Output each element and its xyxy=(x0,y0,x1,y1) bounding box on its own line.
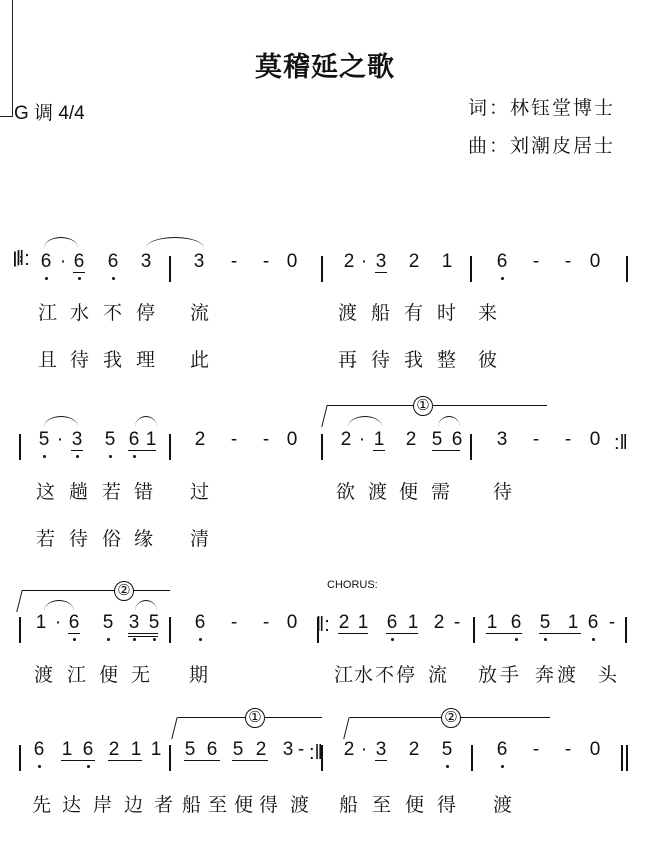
underline xyxy=(184,760,220,761)
slur xyxy=(348,416,382,427)
volta-number: ② xyxy=(114,581,134,601)
lyric-char: 停 xyxy=(136,298,155,325)
underline xyxy=(232,760,268,761)
note: 5 xyxy=(537,611,553,635)
note: 6 xyxy=(38,250,54,274)
lyric-char: 待 xyxy=(69,524,88,551)
note: 1 xyxy=(371,428,387,452)
lyric-char: 不 xyxy=(103,298,122,325)
note: 3 xyxy=(126,611,142,635)
lyric-char: 理 xyxy=(136,345,155,372)
lyric-char: 渡 xyxy=(557,660,576,687)
note: 6 xyxy=(66,611,82,635)
note: 1 xyxy=(565,611,581,635)
repeat-end-sign: :‖ xyxy=(614,432,628,455)
note: 0 xyxy=(284,250,300,274)
barline xyxy=(626,256,628,282)
final-barline xyxy=(621,745,623,771)
dot: · xyxy=(52,428,68,452)
volta-number: ① xyxy=(413,396,433,416)
barline xyxy=(19,745,21,771)
double-underline xyxy=(128,636,158,637)
slur xyxy=(135,600,157,611)
dash: - xyxy=(293,738,309,762)
note: 6 xyxy=(192,611,208,635)
barline xyxy=(473,617,475,643)
lyric-char: 者 xyxy=(154,790,173,817)
note: 2 xyxy=(336,611,352,635)
lyric-char: 俗 xyxy=(102,524,121,551)
slur xyxy=(44,600,74,611)
note: 1 xyxy=(59,738,75,762)
low-octave-dot xyxy=(45,277,48,280)
note: 1 xyxy=(355,611,371,635)
dash: - xyxy=(258,250,274,274)
lyric-char: 需 xyxy=(431,477,450,504)
dot: · xyxy=(354,428,370,452)
lyric-char: 江 xyxy=(38,298,57,325)
barline xyxy=(470,434,472,460)
chorus-label: CHORUS: xyxy=(327,579,378,591)
lyric-char: 渡 xyxy=(338,298,357,325)
note: 0 xyxy=(587,738,603,762)
repeat-start-sign: ‖: xyxy=(316,614,330,637)
note: 6 xyxy=(71,250,87,274)
lyric-char: 再 xyxy=(338,345,357,372)
note: 5 xyxy=(100,611,116,635)
underline xyxy=(375,272,387,273)
lyric-char: 流 xyxy=(190,298,209,325)
low-octave-dot xyxy=(515,638,518,641)
note: 5 xyxy=(230,738,246,762)
dash: - xyxy=(528,738,544,762)
lyric-char: 彼 xyxy=(478,345,497,372)
barline xyxy=(321,745,323,771)
note: 3 xyxy=(373,738,389,762)
dot: · xyxy=(356,738,372,762)
barline xyxy=(169,434,171,460)
lyric-char: 奔 xyxy=(535,660,554,687)
volta-hook xyxy=(16,590,23,612)
underline xyxy=(338,633,368,634)
lyric-char: 且 xyxy=(38,345,57,372)
lyric-char: 欲 xyxy=(336,477,355,504)
lyric-char: 时 xyxy=(437,298,456,325)
note: 1 xyxy=(143,428,159,452)
underline xyxy=(486,633,522,634)
note: 1 xyxy=(405,611,421,635)
slur xyxy=(438,416,460,427)
low-octave-dot xyxy=(501,765,504,768)
lyric-char: 我 xyxy=(404,345,423,372)
repeat-start-sign: ‖: xyxy=(16,248,30,271)
dash: - xyxy=(560,428,576,452)
key-signature: G 调 4/4 xyxy=(14,98,85,125)
lyric-char: 错 xyxy=(134,477,153,504)
dash: - xyxy=(528,428,544,452)
note: 2 xyxy=(338,428,354,452)
barline xyxy=(321,256,323,282)
note: 2 xyxy=(406,738,422,762)
note: 1 xyxy=(128,738,144,762)
lyric-char: 若 xyxy=(102,477,121,504)
volta-hook xyxy=(343,717,350,739)
lyric-char: 水 xyxy=(70,298,89,325)
lyric-char: 待 xyxy=(493,477,512,504)
note: 2 xyxy=(406,250,422,274)
lyric-char: 渡 xyxy=(493,790,512,817)
underline xyxy=(108,760,142,761)
note: 1 xyxy=(484,611,500,635)
volta-bracket-1 xyxy=(327,405,547,406)
slur xyxy=(44,237,78,248)
dot: · xyxy=(55,250,71,274)
note: 2 xyxy=(253,738,269,762)
note: 6 xyxy=(449,428,465,452)
note: 6 xyxy=(384,611,400,635)
lyricist-credit: 词：林钰堂博士 xyxy=(468,93,615,120)
note: 6 xyxy=(508,611,524,635)
lyric-char: 水 xyxy=(354,660,373,687)
note: 2 xyxy=(403,428,419,452)
low-octave-dot xyxy=(107,638,110,641)
dash: - xyxy=(604,611,620,635)
lyric-char: 江 xyxy=(334,660,353,687)
underline xyxy=(128,633,158,634)
note: 5 xyxy=(439,738,455,762)
note: 6 xyxy=(494,738,510,762)
volta-bracket-2 xyxy=(22,590,170,591)
underline xyxy=(73,272,85,273)
low-octave-dot xyxy=(109,455,112,458)
note: 6 xyxy=(105,250,121,274)
lyric-char: 便 xyxy=(99,660,118,687)
lyric-char: 待 xyxy=(371,345,390,372)
note: 3 xyxy=(138,250,154,274)
lyric-char: 船 xyxy=(371,298,390,325)
lyric-char: 缘 xyxy=(134,524,153,551)
note: 5 xyxy=(429,428,445,452)
note: 5 xyxy=(36,428,52,452)
slur xyxy=(44,416,78,427)
lyric-char: 达 xyxy=(62,790,81,817)
note: 2 xyxy=(192,428,208,452)
barline xyxy=(471,745,473,771)
note: 6 xyxy=(585,611,601,635)
barline xyxy=(19,617,21,643)
note: 6 xyxy=(31,738,47,762)
lyric-char: 不 xyxy=(375,660,394,687)
note: 5 xyxy=(182,738,198,762)
lyric-char: 头 xyxy=(598,660,617,687)
lyric-char: 无 xyxy=(131,660,150,687)
lyric-char: 便 xyxy=(399,477,418,504)
lyric-char: 至 xyxy=(208,790,227,817)
lyric-char: 此 xyxy=(190,345,209,372)
lyric-char: 整 xyxy=(437,345,456,372)
dash: - xyxy=(226,250,242,274)
note: 0 xyxy=(587,428,603,452)
lyric-char: 船 xyxy=(339,790,358,817)
note: 1 xyxy=(33,611,49,635)
volta-number: ① xyxy=(245,708,265,728)
note: 0 xyxy=(587,250,603,274)
lyric-char: 流 xyxy=(428,660,447,687)
note: 6 xyxy=(126,428,142,452)
low-octave-dot xyxy=(133,455,136,458)
underline xyxy=(386,633,418,634)
lyric-char: 有 xyxy=(404,298,423,325)
note: 5 xyxy=(102,428,118,452)
note: 1 xyxy=(148,738,164,762)
lyric-char: 我 xyxy=(103,345,122,372)
barline xyxy=(169,256,171,282)
lyric-char: 至 xyxy=(372,790,391,817)
lyric-char: 待 xyxy=(70,345,89,372)
note: 3 xyxy=(373,250,389,274)
note: 0 xyxy=(284,428,300,452)
barline xyxy=(470,256,472,282)
note: 1 xyxy=(439,250,455,274)
underline xyxy=(61,760,95,761)
lyric-char: 这 xyxy=(36,477,55,504)
low-octave-dot xyxy=(78,277,81,280)
low-octave-dot xyxy=(446,765,449,768)
note: 3 xyxy=(69,428,85,452)
lyric-char: 若 xyxy=(36,524,55,551)
lyric-char: 过 xyxy=(190,477,209,504)
underline xyxy=(71,450,83,451)
volta-hook xyxy=(171,717,178,739)
lyric-char: 船 xyxy=(182,790,201,817)
underline xyxy=(375,760,387,761)
lyric-char: 放 xyxy=(478,660,497,687)
low-octave-dot xyxy=(73,638,76,641)
lyric-char: 岸 xyxy=(93,790,112,817)
lyric-char: 渡 xyxy=(34,660,53,687)
dash: - xyxy=(560,738,576,762)
barline xyxy=(625,617,627,643)
low-octave-dot xyxy=(43,455,46,458)
low-octave-dot xyxy=(112,277,115,280)
low-octave-dot xyxy=(592,638,595,641)
barline xyxy=(169,617,171,643)
barline xyxy=(19,434,21,460)
underline xyxy=(539,633,581,634)
note: 2 xyxy=(106,738,122,762)
underline xyxy=(432,450,460,451)
underline xyxy=(373,450,385,451)
low-octave-dot xyxy=(133,638,136,641)
lyric-char: 期 xyxy=(189,660,208,687)
lyric-char: 便 xyxy=(405,790,424,817)
lyric-char: 便 xyxy=(234,790,253,817)
lyric-char: 清 xyxy=(190,524,209,551)
note: 2 xyxy=(341,250,357,274)
dash: - xyxy=(226,428,242,452)
dash: - xyxy=(258,611,274,635)
low-octave-dot xyxy=(153,638,156,641)
dash: - xyxy=(449,611,465,635)
lyric-char: 来 xyxy=(478,298,497,325)
lyric-char: 边 xyxy=(124,790,143,817)
note: 2 xyxy=(341,738,357,762)
low-octave-dot xyxy=(76,455,79,458)
note: 5 xyxy=(146,611,162,635)
dash: - xyxy=(560,250,576,274)
note: 6 xyxy=(494,250,510,274)
low-octave-dot xyxy=(38,765,41,768)
final-barline xyxy=(626,745,628,771)
note: 2 xyxy=(431,611,447,635)
underline xyxy=(128,450,156,451)
dash: - xyxy=(258,428,274,452)
lyric-char: 渡 xyxy=(368,477,387,504)
dash: - xyxy=(226,611,242,635)
lyric-char: 先 xyxy=(32,790,51,817)
lyric-char: 趟 xyxy=(69,477,88,504)
lyric-char: 得 xyxy=(437,790,456,817)
low-octave-dot xyxy=(544,638,547,641)
dot: · xyxy=(50,611,66,635)
volta-hook xyxy=(321,405,328,427)
barline xyxy=(169,745,171,771)
lyric-char: 停 xyxy=(396,660,415,687)
lyric-char: 手 xyxy=(500,660,519,687)
note: 6 xyxy=(80,738,96,762)
note: 3 xyxy=(494,428,510,452)
lyric-char: 江 xyxy=(67,660,86,687)
low-octave-dot xyxy=(391,638,394,641)
low-octave-dot xyxy=(87,765,90,768)
note: 0 xyxy=(284,611,300,635)
song-title: 莫稽延之歌 xyxy=(0,45,650,84)
lyric-char: 得 xyxy=(259,790,278,817)
slur xyxy=(146,237,204,248)
underline xyxy=(68,633,80,634)
low-octave-dot xyxy=(501,277,504,280)
low-octave-dot xyxy=(199,638,202,641)
volta-number: ② xyxy=(441,708,461,728)
dash: - xyxy=(528,250,544,274)
dot: · xyxy=(356,250,372,274)
note: 3 xyxy=(191,250,207,274)
slur xyxy=(135,416,157,427)
lyric-char: 渡 xyxy=(290,790,309,817)
composer-credit: 曲：刘潮皮居士 xyxy=(468,131,615,158)
barline xyxy=(321,434,323,460)
note: 6 xyxy=(204,738,220,762)
